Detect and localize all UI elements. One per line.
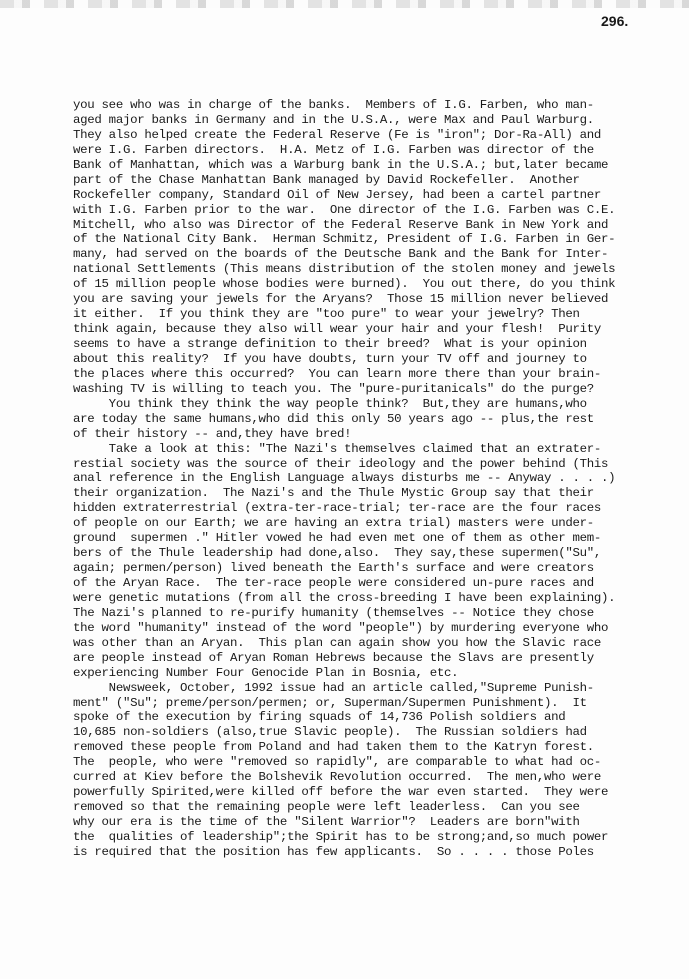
text-line: seems to have a strange definition to th… [73, 337, 673, 352]
text-line: curred at Kiev before the Bolshevik Revo… [73, 770, 673, 785]
text-line: experiencing Number Four Genocide Plan i… [73, 666, 673, 681]
text-line: about this reality? If you have doubts, … [73, 352, 673, 367]
text-line: ground supermen ." Hitler vowed he had e… [73, 531, 673, 546]
scan-artifact-strip [0, 0, 689, 8]
text-line: bers of the Thule leadership had done,al… [73, 546, 673, 561]
text-line: the word "humanity" instead of the word … [73, 621, 673, 636]
text-line: with I.G. Farben prior to the war. One d… [73, 203, 673, 218]
text-line: of 15 million people whose bodies were b… [73, 277, 673, 292]
document-body: you see who was in charge of the banks. … [73, 98, 673, 860]
text-line: think again, because they also will wear… [73, 322, 673, 337]
text-line: are today the same humans,who did this o… [73, 412, 673, 427]
text-line: you see who was in charge of the banks. … [73, 98, 673, 113]
text-line: They also helped create the Federal Rese… [73, 128, 673, 143]
text-line: Bank of Manhattan, which was a Warburg b… [73, 158, 673, 173]
text-line: The people, who were "removed so rapidly… [73, 755, 673, 770]
text-line: removed so that the remaining people wer… [73, 800, 673, 815]
text-line: are people instead of Aryan Roman Hebrew… [73, 651, 673, 666]
text-line: removed these people from Poland and had… [73, 740, 673, 755]
text-line: 10,685 non-soldiers (also,true Slavic pe… [73, 725, 673, 740]
text-line: of the Aryan Race. The ter-race people w… [73, 576, 673, 591]
text-line: The Nazi's planned to re-purify humanity… [73, 606, 673, 621]
text-line: the qualities of leadership";the Spirit … [73, 830, 673, 845]
text-line: were genetic mutations (from all the cro… [73, 591, 673, 606]
text-line: was other than an Aryan. This plan can a… [73, 636, 673, 651]
text-line: of their history -- and,they have bred! [73, 427, 673, 442]
text-line: aged major banks in Germany and in the U… [73, 113, 673, 128]
text-line: Take a look at this: "The Nazi's themsel… [73, 442, 673, 457]
text-line: spoke of the execution by firing squads … [73, 710, 673, 725]
text-line: national Settlements (This means distrib… [73, 262, 673, 277]
text-line: were I.G. Farben directors. H.A. Metz of… [73, 143, 673, 158]
text-line: is required that the position has few ap… [73, 845, 673, 860]
text-line: ment" ("Su"; preme/person/permen; or, Su… [73, 696, 673, 711]
text-line: many, had served on the boards of the De… [73, 247, 673, 262]
text-line: of people on our Earth; we are having an… [73, 516, 673, 531]
text-line: their organization. The Nazi's and the T… [73, 486, 673, 501]
text-line: restial society was the source of their … [73, 457, 673, 472]
text-line: You think they think the way people thin… [73, 397, 673, 412]
text-line: washing TV is willing to teach you. The … [73, 382, 673, 397]
text-line: it either. If you think they are "too pu… [73, 307, 673, 322]
text-line: part of the Chase Manhattan Bank managed… [73, 173, 673, 188]
text-line: why our era is the time of the "Silent W… [73, 815, 673, 830]
text-line: hidden extraterrestrial (extra-ter-race-… [73, 501, 673, 516]
text-line: you are saving your jewels for the Aryan… [73, 292, 673, 307]
text-line: anal reference in the English Language a… [73, 471, 673, 486]
text-line: the places where this occurred? You can … [73, 367, 673, 382]
page-number: 296. [601, 13, 628, 29]
text-line: Rockefeller company, Standard Oil of New… [73, 188, 673, 203]
text-line: again; permen/person) lived beneath the … [73, 561, 673, 576]
text-line: of the National City Bank. Herman Schmit… [73, 232, 673, 247]
text-line: Newsweek, October, 1992 issue had an art… [73, 681, 673, 696]
text-line: powerfully Spirited,were killed off befo… [73, 785, 673, 800]
text-line: Mitchell, who also was Director of the F… [73, 218, 673, 233]
